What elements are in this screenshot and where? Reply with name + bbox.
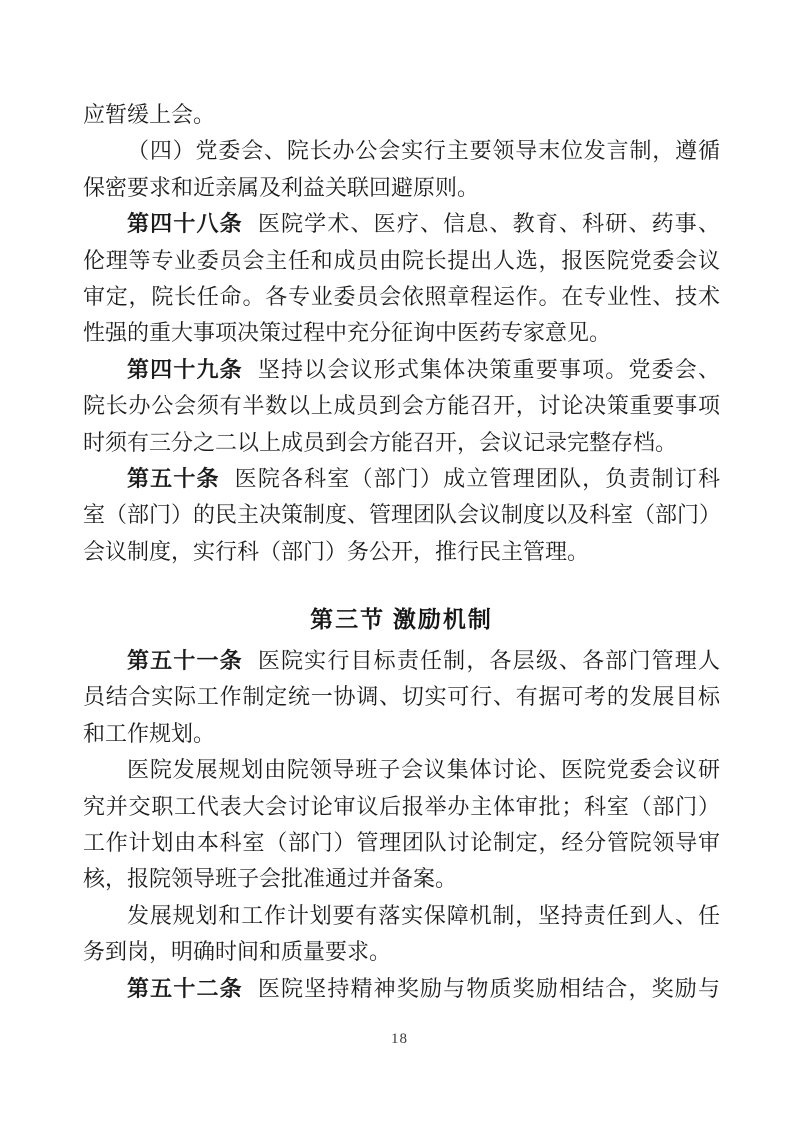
- text-line: 保密要求和近亲属及利益关联回避原则。: [83, 170, 720, 206]
- line-text: 会议制度，实行科（部门）务公开，推行民主管理。: [83, 539, 589, 564]
- line-text: 时须有三分之二以上成员到会方能召开，会议记录完整存档。: [83, 430, 677, 455]
- text-line: 审定，院长任命。各专业委员会依照章程运作。在专业性、技术: [83, 279, 720, 315]
- article-52-line: 第五十二条医院坚持精神奖励与物质奖励相结合，奖励与: [83, 971, 720, 1007]
- section-heading: 第三节 激励机制: [83, 600, 720, 640]
- line-text: （四）党委会、院长办公会实行主要领导末位发言制，遵循: [127, 138, 720, 163]
- document-body: 应暂缓上会。 （四）党委会、院长办公会实行主要领导末位发言制，遵循 保密要求和近…: [83, 97, 720, 1007]
- line-text: 性强的重大事项决策过程中充分征询中医药专家意见。: [83, 320, 611, 345]
- text-line: 究并交职工代表大会讨论审议后报举办主体审批；科室（部门）: [83, 789, 720, 825]
- text-line: 院长办公会须有半数以上成员到会方能召开，讨论决策重要事项: [83, 388, 720, 424]
- line-text: 保密要求和近亲属及利益关联回避原则。: [83, 175, 479, 200]
- line-text: 伦理等专业委员会主任和成员由院长提出人选，报医院党委会议: [83, 248, 720, 273]
- article-number-bold: 第五十二条: [127, 976, 243, 1001]
- text-line: 和工作规划。: [83, 716, 720, 752]
- text-line: 伦理等专业委员会主任和成员由院长提出人选，报医院党委会议: [83, 243, 720, 279]
- document-page: 应暂缓上会。 （四）党委会、院长办公会实行主要领导末位发言制，遵循 保密要求和近…: [0, 0, 799, 1130]
- text-line: （四）党委会、院长办公会实行主要领导末位发言制，遵循: [83, 133, 720, 169]
- line-text: 核，报院领导班子会批准通过并备案。: [83, 866, 457, 891]
- text-line: 员结合实际工作制定统一协调、切实可行、有据可考的发展目标: [83, 679, 720, 715]
- article-number-bold: 第四十八条: [127, 211, 243, 236]
- article-number-bold: 第五十一条: [127, 648, 243, 673]
- article-51-line: 第五十一条医院实行目标责任制，各层级、各部门管理人: [83, 643, 720, 679]
- line-text: 究并交职工代表大会讨论审议后报举办主体审批；科室（部门）: [83, 794, 720, 819]
- line-text: 和工作规划。: [83, 721, 215, 746]
- line-text: 院长办公会须有半数以上成员到会方能召开，讨论决策重要事项: [83, 393, 720, 418]
- line-text: 医院坚持精神奖励与物质奖励相结合，奖励与: [258, 976, 720, 1001]
- text-line: 会议制度，实行科（部门）务公开，推行民主管理。: [83, 534, 720, 570]
- line-text: 员结合实际工作制定统一协调、切实可行、有据可考的发展目标: [83, 684, 720, 709]
- line-text: 发展规划和工作计划要有落实保障机制，坚持责任到人、任: [127, 903, 720, 928]
- line-text: 务到岗，明确时间和质量要求。: [83, 939, 391, 964]
- text-line: 务到岗，明确时间和质量要求。: [83, 934, 720, 970]
- article-50-line: 第五十条医院各科室（部门）成立管理团队，负责制订科: [83, 461, 720, 497]
- line-text: 医院发展规划由院领导班子会议集体讨论、医院党委会议研: [127, 757, 720, 782]
- text-line: 发展规划和工作计划要有落实保障机制，坚持责任到人、任: [83, 898, 720, 934]
- line-text: 医院实行目标责任制，各层级、各部门管理人: [258, 648, 720, 673]
- line-text: 工作计划由本科室（部门）管理团队讨论制定，经分管院领导审: [83, 830, 720, 855]
- line-text: 室（部门）的民主决策制度、管理团队会议制度以及科室（部门）: [83, 502, 721, 527]
- line-text: 医院各科室（部门）成立管理团队，负责制订科: [235, 466, 720, 491]
- article-48-line: 第四十八条医院学术、医疗、信息、教育、科研、药事、: [83, 206, 720, 242]
- article-number-bold: 第四十九条: [127, 357, 243, 382]
- text-line: 医院发展规划由院领导班子会议集体讨论、医院党委会议研: [83, 752, 720, 788]
- line-text: 应暂缓上会。: [83, 102, 215, 127]
- text-line: 时须有三分之二以上成员到会方能召开，会议记录完整存档。: [83, 425, 720, 461]
- text-line: 工作计划由本科室（部门）管理团队讨论制定，经分管院领导审: [83, 825, 720, 861]
- text-line: 核，报院领导班子会批准通过并备案。: [83, 861, 720, 897]
- line-text: 坚持以会议形式集体决策重要事项。党委会、: [258, 357, 720, 382]
- article-number-bold: 第五十条: [127, 466, 220, 491]
- text-line: 性强的重大事项决策过程中充分征询中医药专家意见。: [83, 315, 720, 351]
- line-text: 医院学术、医疗、信息、教育、科研、药事、: [258, 211, 720, 236]
- line-text: 审定，院长任命。各专业委员会依照章程运作。在专业性、技术: [83, 284, 720, 309]
- text-line: 应暂缓上会。: [83, 97, 720, 133]
- text-line: 室（部门）的民主决策制度、管理团队会议制度以及科室（部门）: [83, 497, 720, 533]
- page-number: 18: [0, 1031, 799, 1048]
- article-49-line: 第四十九条坚持以会议形式集体决策重要事项。党委会、: [83, 352, 720, 388]
